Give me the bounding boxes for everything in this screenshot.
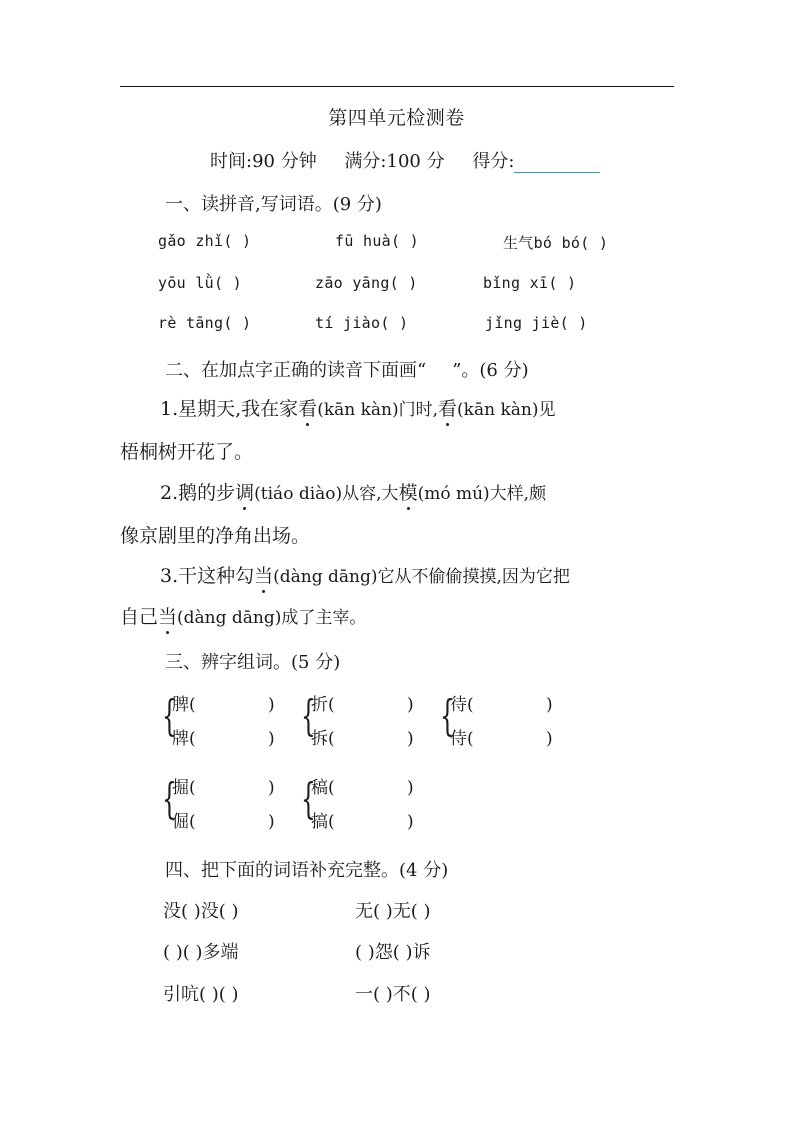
pinyin-item[interactable]: yōu lǜ( )	[158, 274, 242, 292]
exam-meta: 时间:90 分钟 满分:100 分 得分:	[210, 147, 622, 173]
header-rule	[120, 86, 674, 87]
dotted-char: 调	[235, 478, 254, 505]
dotted-char: 看	[438, 394, 457, 421]
char-pair-group: { 折( 拆( ) )	[311, 688, 335, 756]
score-field[interactable]	[514, 152, 600, 173]
dotted-char: 模	[399, 478, 418, 505]
section1-heading: 一、读拼音,写词语。(9 分)	[165, 190, 382, 216]
pinyin-item[interactable]: tí jiào( )	[315, 314, 408, 332]
dotted-char: 看	[298, 394, 317, 421]
dotted-char: 当	[158, 602, 177, 629]
fill-item[interactable]: ( )怨( )诉	[355, 938, 431, 964]
pinyin-item[interactable]: bǐng xī( )	[483, 274, 576, 292]
brace-icon: {	[301, 767, 316, 831]
section4-heading: 四、把下面的词语补充完整。(4 分)	[165, 856, 448, 882]
question-3-line-2: 自己当(dàng dāng)成了主宰。	[120, 602, 366, 629]
dotted-char: 当	[254, 561, 273, 588]
char-pair-group: { 脾( 牌( ) )	[172, 688, 196, 756]
char-pair-group: { 稿( 搞( ) )	[311, 771, 335, 839]
pinyin-item[interactable]: gǎo zhǐ( )	[158, 232, 251, 250]
brace-icon: {	[162, 767, 177, 831]
question-3-line-1: 3.干这种勾当(dàng dāng)它从不偷偷摸摸,因为它把	[160, 561, 570, 588]
question-1-line-2: 梧桐树开花了。	[120, 437, 253, 464]
question-1-line-1: 1.星期天,我在家看(kān kàn)门时,看(kān kàn)见	[160, 394, 556, 421]
fill-item[interactable]: ( )( )多端	[163, 938, 239, 964]
question-2-line-2: 像京剧里的净角出场。	[120, 521, 310, 548]
question-2-line-1: 2.鹅的步调(tiáo diào)从容,大模(mó mú)大样,颇	[160, 478, 546, 505]
brace-icon: {	[162, 684, 177, 748]
score-label: 得分:	[472, 151, 514, 172]
page-title: 第四单元检测卷	[0, 103, 793, 130]
section2-heading: 二、在加点字正确的读音下面画“”。(6 分)	[165, 356, 529, 382]
time-limit: 时间:90 分钟	[210, 151, 317, 172]
pinyin-item[interactable]: fū huà( )	[335, 232, 419, 250]
full-score: 满分:100 分	[344, 151, 444, 172]
brace-icon: {	[301, 684, 316, 748]
char-pair-group: { 待( 侍( ) )	[450, 688, 474, 756]
fill-item[interactable]: 引吭( )( )	[163, 980, 239, 1006]
fill-item[interactable]: 没( )没( )	[163, 897, 239, 923]
fill-item[interactable]: 一( )不( )	[355, 980, 431, 1006]
fill-item[interactable]: 无( )无( )	[355, 897, 431, 923]
brace-icon: {	[440, 684, 455, 748]
pinyin-item[interactable]: jǐng jiè( )	[485, 314, 588, 332]
pinyin-item[interactable]: zāo yāng( )	[315, 274, 418, 292]
pinyin-item[interactable]: 生气bó bó( )	[503, 232, 608, 253]
char-pair-group: { 掘( 倔( ) )	[172, 771, 196, 839]
section3-heading: 三、辨字组词。(5 分)	[165, 648, 340, 674]
pinyin-item[interactable]: rè tāng( )	[158, 314, 251, 332]
